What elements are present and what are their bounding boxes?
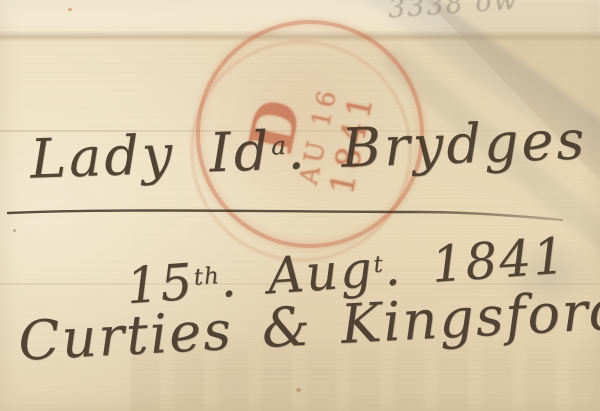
word-given-name: Ida.	[208, 118, 308, 184]
given-name-superscript: a	[271, 131, 288, 161]
word-surname: Brydges	[340, 108, 588, 180]
day-superscript: th	[193, 263, 221, 291]
given-name-base: Id	[208, 119, 272, 184]
word-lady: Lady	[29, 123, 176, 191]
handwriting-line-addressee: Lady Ida. Brydges	[29, 108, 588, 190]
given-name-abbrev-dot: .	[286, 118, 308, 182]
paper-speck	[296, 388, 301, 392]
paper-speck	[68, 8, 72, 11]
paper-speck	[13, 229, 16, 232]
month-abbrev-dot: .	[382, 238, 404, 297]
scanned-letter: D AU 16 1841 Lady Ida. Brydges 15th. Aug…	[0, 0, 600, 411]
